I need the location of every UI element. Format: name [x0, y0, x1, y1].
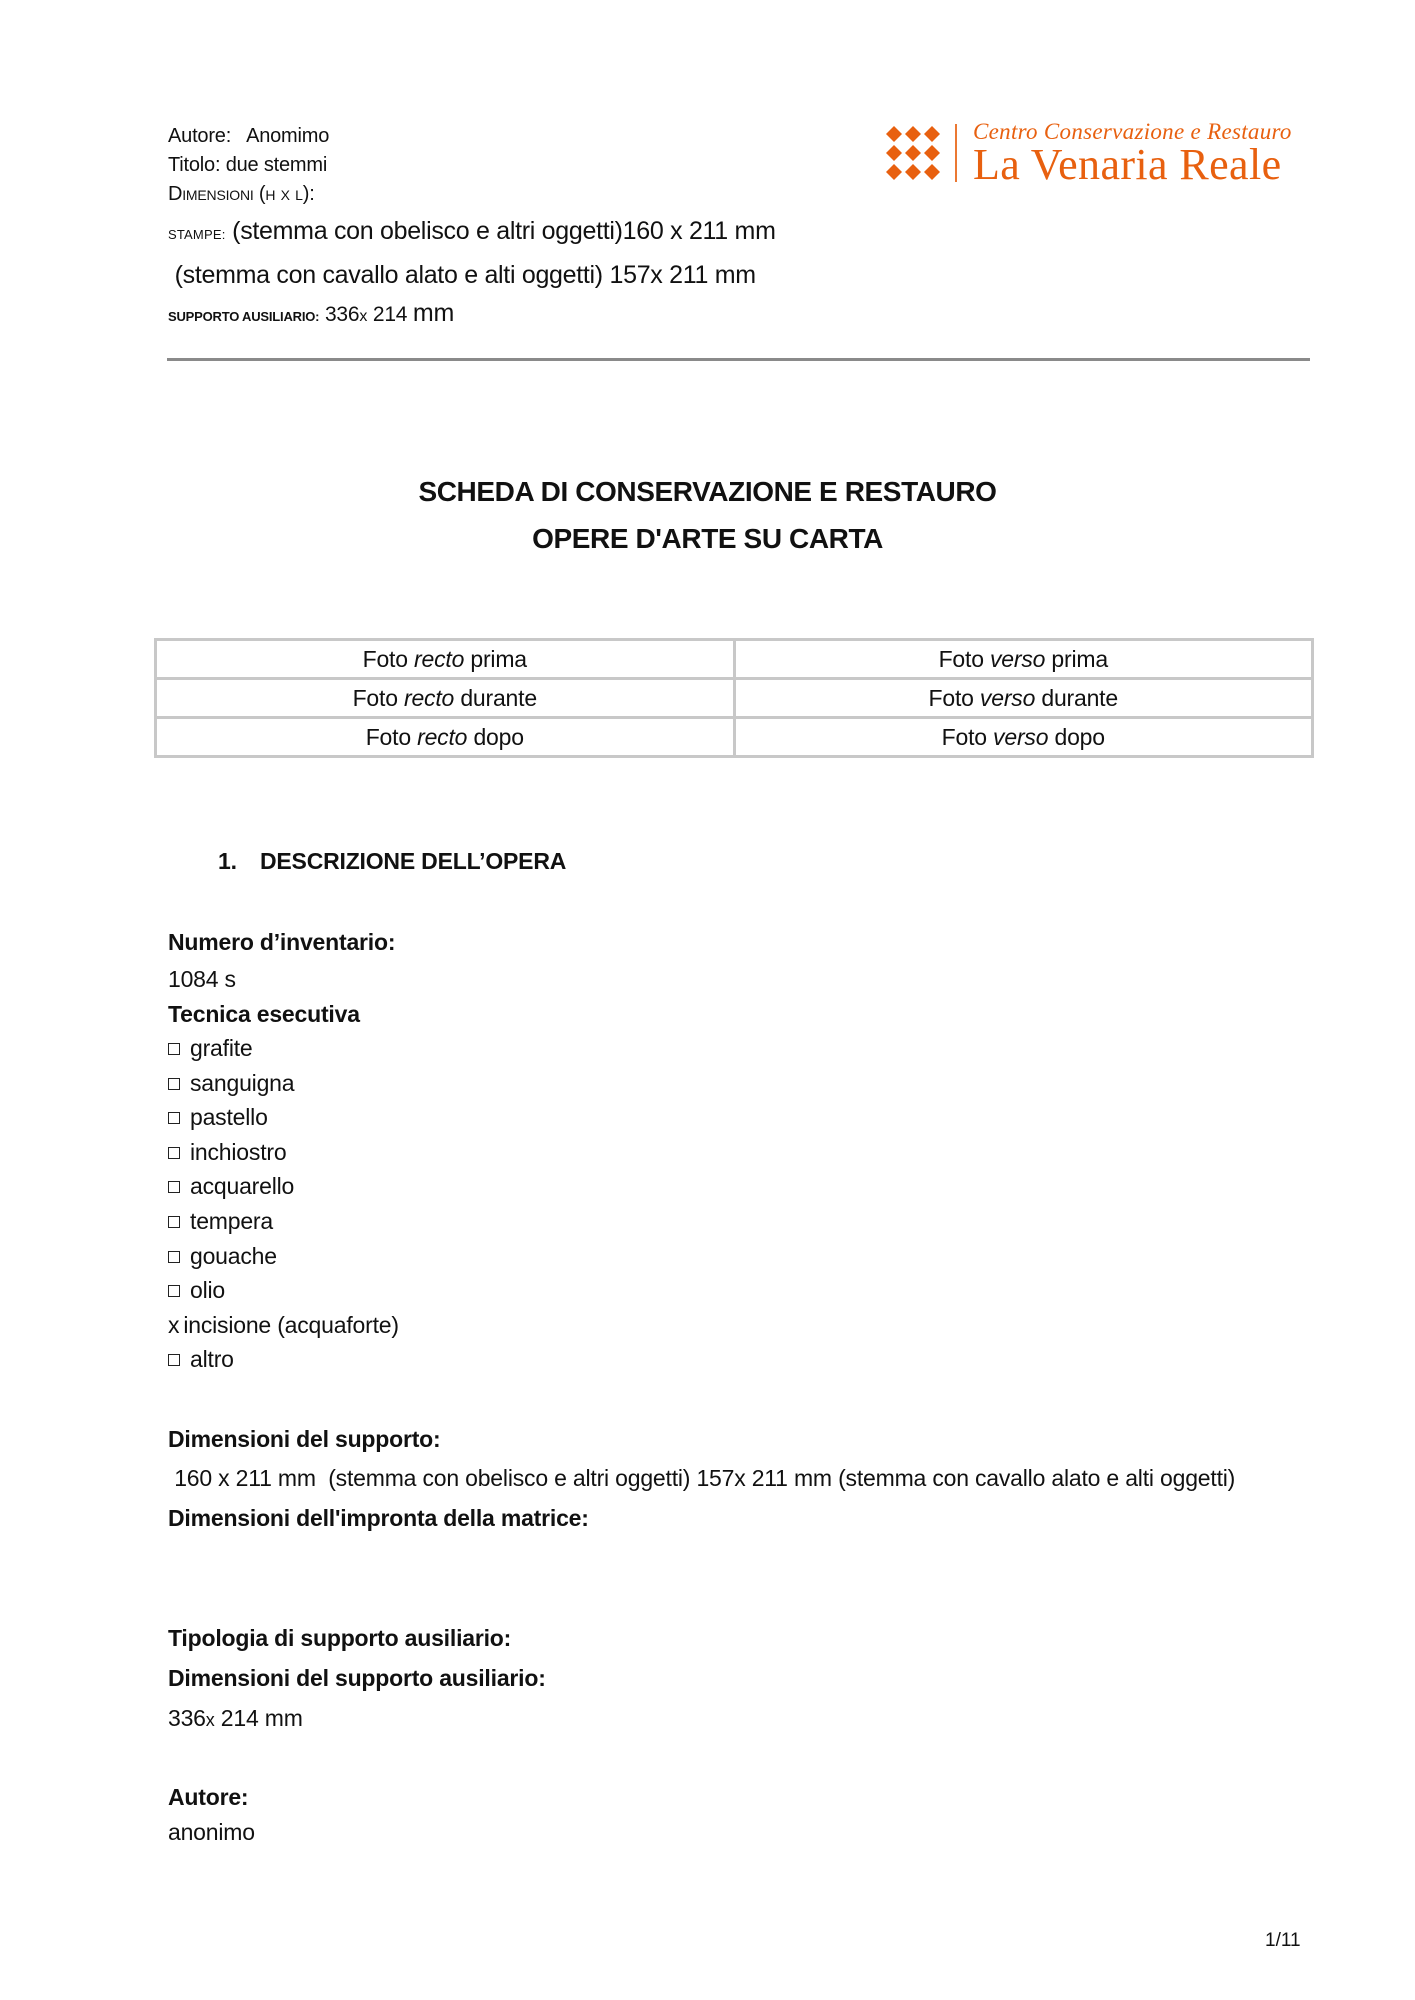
- aux-dims-value: 336x 214 mm: [168, 1698, 546, 1740]
- header-author-row: Autore: Anomimo: [168, 122, 776, 151]
- photo-cell-side: recto: [417, 724, 467, 750]
- header-title-label: Titolo:: [168, 154, 220, 176]
- document-title-line1: SCHEDA DI CONSERVAZIONE E RESTAURO: [0, 468, 1415, 515]
- photo-cell-verso: Foto verso durante: [734, 679, 1313, 718]
- header-author-value: Anomimo: [246, 125, 329, 147]
- header-author-label: Autore:: [168, 125, 231, 147]
- empty-checkbox-icon: [168, 1251, 180, 1263]
- venaria-logo: Centro Conservazione e Restauro La Venar…: [885, 122, 1292, 184]
- dimensions-block: Dimensioni del supporto: 160 x 211 mm (s…: [168, 1420, 1318, 1538]
- aux-dims-value-x: x: [206, 1710, 215, 1730]
- photo-cell-side: verso: [990, 646, 1045, 672]
- aux-dims-value-b: 214 mm: [215, 1705, 303, 1731]
- matrix-dims-label: Dimensioni dell'impronta della matrice:: [168, 1498, 1318, 1538]
- photo-cell-side: recto: [414, 646, 464, 672]
- header-supporto-unit: mm: [413, 299, 454, 327]
- photo-cell-phase: durante: [1035, 685, 1118, 711]
- technique-item: olio: [168, 1273, 399, 1308]
- empty-checkbox-icon: [168, 1043, 180, 1055]
- technique-label: acquarello: [190, 1173, 294, 1199]
- empty-checkbox-icon: [168, 1216, 180, 1228]
- header-stampe-row-2: (stemma con cavallo alato e alti oggetti…: [168, 255, 776, 295]
- inventory-value: 1084 s: [168, 962, 399, 997]
- logo-text: Centro Conservazione e Restauro La Venar…: [973, 120, 1292, 187]
- technique-label: pastello: [190, 1104, 268, 1130]
- section-heading-descrizione: 1.DESCRIZIONE DELL’OPERA: [218, 848, 566, 875]
- photo-cell-phase: dopo: [1048, 724, 1105, 750]
- diamond-grid-logo-icon: [885, 125, 941, 181]
- header-stampe-line1: (stemma con obelisco e altri oggetti)160…: [232, 217, 775, 245]
- photo-table: Foto recto primaFoto verso primaFoto rec…: [154, 638, 1314, 758]
- inventory-label: Numero d’inventario:: [168, 922, 399, 962]
- photo-cell-phase: prima: [1045, 646, 1108, 672]
- photo-cell-prefix: Foto: [942, 724, 993, 750]
- technique-label: tempera: [190, 1208, 273, 1234]
- technique-label: altro: [190, 1346, 234, 1372]
- photo-cell-verso: Foto verso prima: [734, 640, 1313, 679]
- technique-label: incisione (acquaforte): [183, 1312, 399, 1338]
- header-supporto-row: supporto ausiliario: 336x 214 mm: [168, 295, 776, 335]
- empty-checkbox-icon: [168, 1181, 180, 1193]
- technique-item: gouache: [168, 1239, 399, 1274]
- header-supporto-value-b: 214: [367, 303, 413, 326]
- author-value: anonimo: [168, 1815, 255, 1850]
- header-stampe-label: stampe:: [168, 227, 226, 242]
- header-dimensions-label: Dimensioni: [168, 183, 254, 205]
- logo-divider: [955, 124, 957, 182]
- photo-table-row: Foto recto dopoFoto verso dopo: [156, 718, 1313, 757]
- photo-cell-prefix: Foto: [929, 685, 980, 711]
- document-page: Autore: Anomimo Titolo: due stemmi Dimen…: [0, 0, 1415, 2000]
- header-dimensions-row: Dimensioni (h x l):: [168, 180, 776, 209]
- aux-dims-value-a: 336: [168, 1705, 206, 1731]
- section-title: DESCRIZIONE DELL’OPERA: [260, 848, 566, 874]
- document-title: SCHEDA DI CONSERVAZIONE E RESTAURO OPERE…: [0, 468, 1415, 562]
- technique-item: sanguigna: [168, 1066, 399, 1101]
- description-block: Numero d’inventario: 1084 s Tecnica esec…: [168, 922, 399, 1377]
- photo-cell-side: verso: [980, 685, 1035, 711]
- technique-item: pastello: [168, 1100, 399, 1135]
- aux-support-block: Tipologia di supporto ausiliario: Dimens…: [168, 1618, 546, 1740]
- support-dims-value: 160 x 211 mm (stemma con obelisco e altr…: [168, 1458, 1318, 1498]
- photo-cell-recto: Foto recto dopo: [156, 718, 735, 757]
- section-number: 1.: [218, 848, 260, 875]
- technique-label: inchiostro: [190, 1139, 286, 1165]
- photo-table-row: Foto recto primaFoto verso prima: [156, 640, 1313, 679]
- author-label: Autore:: [168, 1780, 255, 1815]
- photo-cell-phase: dopo: [467, 724, 524, 750]
- header-supporto-label: supporto ausiliario:: [168, 309, 319, 324]
- aux-dims-label: Dimensioni del supporto ausiliario:: [168, 1658, 546, 1698]
- photo-table-row: Foto recto duranteFoto verso durante: [156, 679, 1313, 718]
- technique-item: grafite: [168, 1031, 399, 1066]
- header-title-row: Titolo: due stemmi: [168, 151, 776, 180]
- header-stampe-row-1: stampe: (stemma con obelisco e altri ogg…: [168, 211, 776, 255]
- technique-label: sanguigna: [190, 1070, 294, 1096]
- technique-item: acquarello: [168, 1169, 399, 1204]
- technique-label: grafite: [190, 1035, 253, 1061]
- author-block: Autore: anonimo: [168, 1780, 255, 1850]
- photo-cell-phase: prima: [464, 646, 527, 672]
- empty-checkbox-icon: [168, 1354, 180, 1366]
- empty-checkbox-icon: [168, 1078, 180, 1090]
- photo-cell-side: recto: [404, 685, 454, 711]
- support-dims-label: Dimensioni del supporto:: [168, 1420, 1318, 1458]
- technique-item: tempera: [168, 1204, 399, 1239]
- photo-cell-recto: Foto recto prima: [156, 640, 735, 679]
- photo-cell-prefix: Foto: [363, 646, 414, 672]
- header-metadata: Autore: Anomimo Titolo: due stemmi Dimen…: [168, 122, 776, 335]
- photo-cell-side: verso: [993, 724, 1048, 750]
- logo-name: La Venaria Reale: [973, 143, 1292, 187]
- header-divider: [167, 358, 1310, 361]
- empty-checkbox-icon: [168, 1112, 180, 1124]
- photo-cell-verso: Foto verso dopo: [734, 718, 1313, 757]
- header-dimensions-unit: (h x l):: [259, 183, 315, 205]
- photo-cell-recto: Foto recto durante: [156, 679, 735, 718]
- document-title-line2: OPERE D'ARTE SU CARTA: [0, 515, 1415, 562]
- aux-type-label: Tipologia di supporto ausiliario:: [168, 1618, 546, 1658]
- checked-mark-icon: x: [168, 1308, 179, 1343]
- empty-checkbox-icon: [168, 1147, 180, 1159]
- photo-cell-prefix: Foto: [353, 685, 404, 711]
- technique-checklist: grafitesanguignapastelloinchiostroacquar…: [168, 1031, 399, 1377]
- page-number: 1/11: [1265, 1930, 1301, 1952]
- technique-label: gouache: [190, 1243, 277, 1269]
- photo-cell-prefix: Foto: [939, 646, 990, 672]
- header-title-value: due stemmi: [226, 154, 327, 176]
- technique-label: Tecnica esecutiva: [168, 997, 399, 1031]
- technique-item: xincisione (acquaforte): [168, 1308, 399, 1343]
- photo-cell-prefix: Foto: [366, 724, 417, 750]
- technique-item: inchiostro: [168, 1135, 399, 1170]
- technique-label: olio: [190, 1277, 225, 1303]
- header-stampe-line2: (stemma con cavallo alato e alti oggetti…: [168, 261, 756, 289]
- photo-cell-phase: durante: [454, 685, 537, 711]
- header-supporto-value-a: 336: [325, 303, 359, 326]
- empty-checkbox-icon: [168, 1285, 180, 1297]
- technique-item: altro: [168, 1342, 399, 1377]
